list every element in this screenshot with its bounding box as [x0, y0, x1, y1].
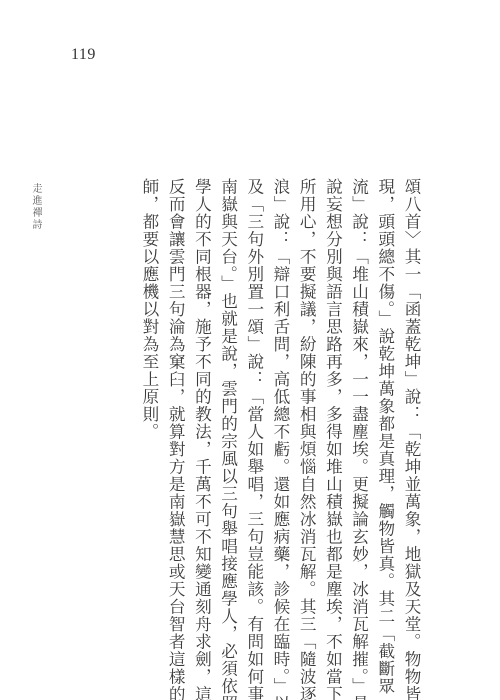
- text-column-10: 反而會讓雲門三句淪為窠臼，就算對方是南嶽慧思或天台智者這樣的大: [162, 178, 188, 623]
- text-column-1: 頌八首〉其一「函蓋乾坤」說：「乾坤並萬象，地獄及天堂。物物皆真: [398, 178, 424, 623]
- text-column-9: 學人的不同根器，施予不同的教法，千萬不可不知變通刻舟求劍，這樣: [188, 178, 214, 623]
- text-column-7: 及「三句外別置一頌」說：「當人如舉唱，三句豈能該。有問如何事，: [241, 178, 267, 623]
- text-column-4: 說妄想分別與語言思路再多，多得如堆山積嶽也都是塵埃，不如當下無: [319, 178, 345, 623]
- body-text: 頌八首〉其一「函蓋乾坤」說：「乾坤並萬象，地獄及天堂。物物皆真 現，頭頭總不傷。…: [136, 178, 424, 623]
- text-column-2: 現，頭頭總不傷。」說乾坤萬象都是真理，觸物皆真。其二「截斷眾: [372, 178, 398, 623]
- running-title: 走進禪詩: [29, 183, 41, 231]
- text-column-8: 南嶽與天台。」也就是說，雲門的宗風以三句舉唱接應學人，必須依照: [214, 178, 240, 623]
- text-column-6: 浪」說：「辯口利舌問，高低總不虧。還如應病藥，診候在臨時。」以: [267, 178, 293, 623]
- text-column-3: 流」說：「堆山積嶽來，一一盡塵埃。更擬論玄妙，冰消瓦解摧。」是: [345, 178, 371, 623]
- text-column-5: 所用心，不要擬議，紛陳的事相與煩惱自然冰消瓦解。其三「隨波逐: [293, 178, 319, 623]
- text-column-11: 師，都要以應機以對為至上原則。: [136, 178, 162, 623]
- page-number: 119: [71, 46, 96, 64]
